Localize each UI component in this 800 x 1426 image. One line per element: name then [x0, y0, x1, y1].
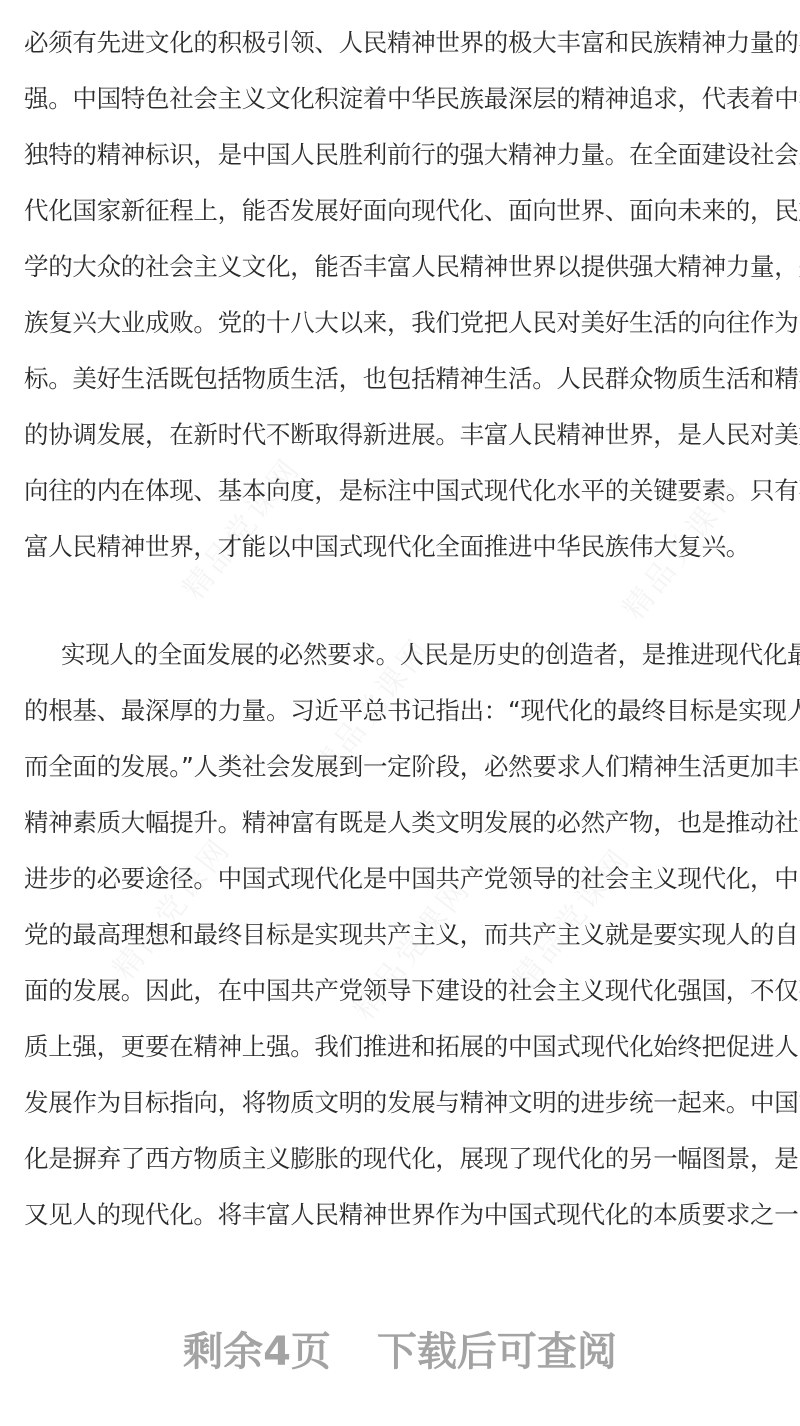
download-prompt[interactable]: 剩余4页下载后可查阅: [0, 1322, 800, 1382]
text-line: 代化国家新征程上，能否发展好面向现代化、面向世界、面向未来的，民族的科: [24, 183, 776, 239]
text-line: 学的大众的社会主义文化，能否丰富人民精神世界以提供强大精神力量，关乎民: [24, 239, 776, 295]
text-line: 党的最高理想和最终目标是实现共产主义，而共产主义就是要实现人的自由而全: [24, 907, 776, 963]
text-line: 进步的必要途径。中国式现代化是中国共产党领导的社会主义现代化，中国共产: [24, 851, 776, 907]
text-line: 必须有先进文化的积极引领、人民精神世界的极大丰富和民族精神力量的不断增: [24, 15, 776, 71]
text-line: 又见人的现代化。将丰富人民精神世界作为中国式现代化的本质要求之一，既体: [24, 1187, 776, 1243]
text-line: 化是摒弃了西方物质主义膨胀的现代化，展现了现代化的另一幅图景，是既见物: [24, 1131, 776, 1187]
paragraph: 必须有先进文化的积极引领、人民精神世界的极大丰富和民族精神力量的不断增 强。中国…: [24, 15, 776, 575]
text-line: 独特的精神标识，是中国人民胜利前行的强大精神力量。在全面建设社会主义现: [24, 127, 776, 183]
paragraph: 实现人的全面发展的必然要求。人民是历史的创造者，是推进现代化最坚实 的根基、最深…: [24, 627, 776, 1243]
text-line: 而全面的发展。”人类社会发展到一定阶段，必然要求人们精神生活更加丰富和: [24, 739, 776, 795]
text-line: 族复兴大业成败。党的十八大以来，我们党把人民对美好生活的向往作为奋斗目: [24, 295, 776, 351]
text-line: 面的发展。因此，在中国共产党领导下建设的社会主义现代化强国，不仅要在物: [24, 963, 776, 1019]
text-line: 的根基、最深厚的力量。习近平总书记指出：“现代化的最终目标是实现人自由: [24, 683, 776, 739]
text-line: 向往的内在体现、基本向度，是标注中国式现代化水平的关键要素。只有不断丰: [24, 463, 776, 519]
remaining-pages-label: 剩余4页: [183, 1322, 331, 1382]
text-line: 标。美好生活既包括物质生活，也包括精神生活。人民群众物质生活和精神生活: [24, 351, 776, 407]
text-line: 强。中国特色社会主义文化积淀着中华民族最深层的精神追求，代表着中华民族: [24, 71, 776, 127]
text-line: 发展作为目标指向，将物质文明的发展与精神文明的进步统一起来。中国式现代: [24, 1075, 776, 1131]
text-line: 质上强，更要在精神上强。我们推进和拓展的中国式现代化始终把促进人的全面: [24, 1019, 776, 1075]
text-line: 的协调发展，在新时代不断取得新进展。丰富人民精神世界，是人民对美好生活: [24, 407, 776, 463]
download-to-read-label[interactable]: 下载后可查阅: [377, 1322, 617, 1382]
text-line: 精神素质大幅提升。精神富有既是人类文明发展的必然产物，也是推动社会文明: [24, 795, 776, 851]
document-page: 精品党课网 精品党课网 精品党课网 精品党课网 精品党课网 精品党课网 必须有先…: [0, 0, 800, 1426]
text-line: 实现人的全面发展的必然要求。人民是历史的创造者，是推进现代化最坚实: [24, 627, 776, 683]
text-line: 富人民精神世界，才能以中国式现代化全面推进中华民族伟大复兴。: [24, 519, 776, 575]
